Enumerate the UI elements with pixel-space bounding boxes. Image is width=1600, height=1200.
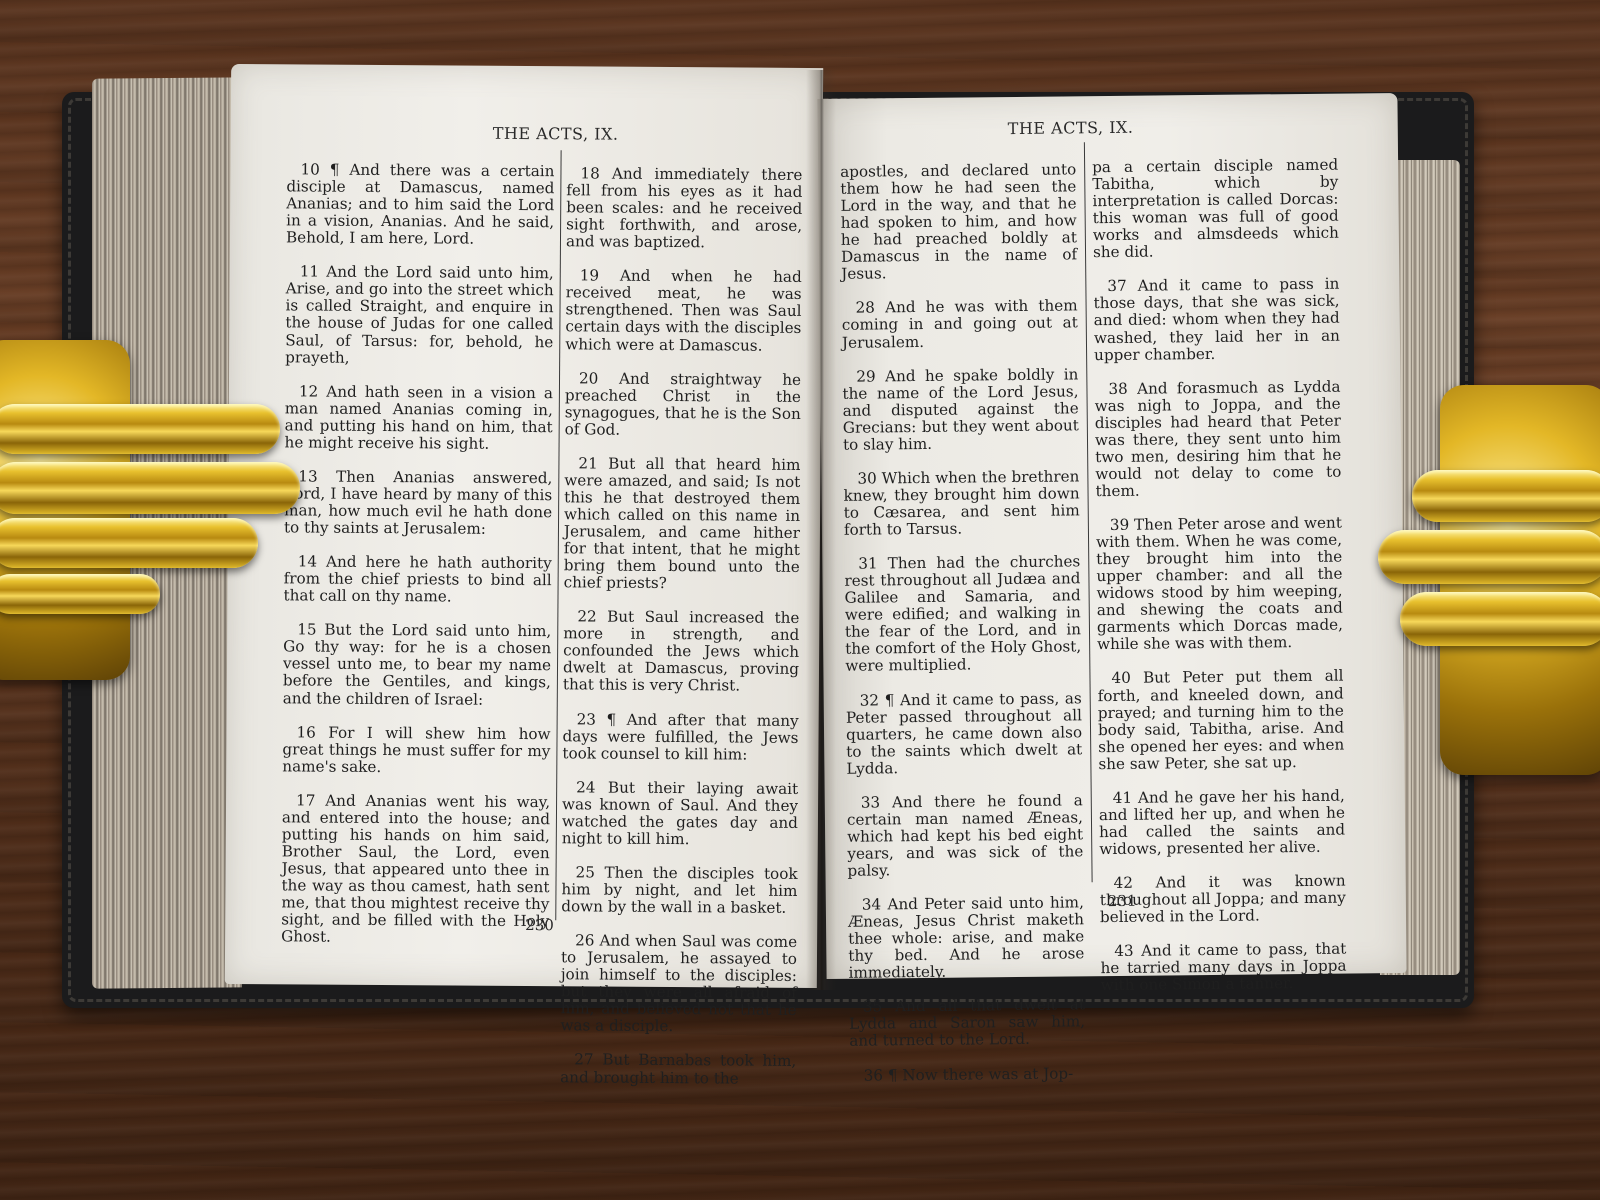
gold-stand-right-finger <box>1378 530 1600 584</box>
page-number-left: 230 <box>525 916 554 934</box>
gold-stand-left-finger <box>0 404 280 454</box>
verse: 24 But their laying await was known of S… <box>562 779 798 849</box>
verse: 30 Which when the brethren knew, they br… <box>843 468 1080 539</box>
gold-stand-right-finger <box>1400 592 1600 646</box>
verse: 17 And Ananias went his way, and entered… <box>281 792 550 947</box>
verse: 22 But Saul increased the more in streng… <box>563 609 800 696</box>
verse: 13 Then Ananias answered, Lord, I have h… <box>284 468 552 538</box>
right-page: THE ACTS, IX. apostles, and declared unt… <box>817 93 1406 979</box>
verse: 11 And the Lord said unto him, Arise, an… <box>285 264 554 368</box>
gold-stand-left-finger <box>0 462 300 514</box>
verse: 19 And when he had received meat, he was… <box>565 268 802 355</box>
verse: 23 ¶ And after that many days were fulfi… <box>562 711 798 764</box>
verse: 29 And he spake boldly in the name of th… <box>842 366 1079 454</box>
verse: 42 And it was known throughout all Joppa… <box>1100 873 1347 927</box>
verse: 28 And he was with them coming in and go… <box>842 298 1079 352</box>
verse: 32 ¶ And it came to pass, as Peter passe… <box>846 690 1083 778</box>
verse: 16 For I will shew him how great things … <box>282 724 550 777</box>
verse: 39 Then Peter arose and went with them. … <box>1096 515 1343 654</box>
gold-stand-left-finger <box>0 518 258 568</box>
verse: pa a certain disciple named Tabitha, whi… <box>1092 157 1339 262</box>
verse: 10 ¶ And there was a certain disciple at… <box>286 161 555 248</box>
verse: 41 And he gave her his hand, and lifted … <box>1099 787 1346 858</box>
page-number-right: 231 <box>1108 892 1137 910</box>
book-gutter-shadow <box>806 70 836 990</box>
verse: 20 And straightway he preached Christ in… <box>565 370 801 440</box>
right-page-column-1: apostles, and declared unto them how he … <box>840 144 1086 1101</box>
verse: 38 And forasmuch as Lydda was nigh to Jo… <box>1094 378 1341 500</box>
gold-stand-right-finger <box>1412 470 1600 522</box>
verse: 34 And Peter said unto him, Æneas, Jesus… <box>848 894 1085 982</box>
column-rule <box>1084 142 1093 882</box>
verse: 12 And hath seen in a vision a man named… <box>285 383 553 453</box>
verse: apostles, and declared unto them how he … <box>840 161 1077 283</box>
verse: 40 But Peter put them all forth, and kne… <box>1097 668 1344 773</box>
column-rule <box>555 150 561 920</box>
verse: 21 But all that heard him were amazed, a… <box>564 455 801 593</box>
verse: 26 And when Saul was come to Jerusalem, … <box>560 932 797 1036</box>
left-page: THE ACTS, IX. 10 ¶ And there was a certa… <box>225 64 823 988</box>
verse: 31 Then had the churches rest throughout… <box>844 553 1081 675</box>
verse: 27 But Barnabas took him, and brought hi… <box>560 1052 796 1088</box>
verse: 18 And immediately there fell from his e… <box>566 165 803 252</box>
verse: 25 Then the disciples took him by night,… <box>561 864 797 917</box>
verse: 36 ¶ Now there was at Jop- <box>850 1065 1086 1085</box>
running-head-left: THE ACTS, IX. <box>493 124 619 144</box>
verse: 14 And here he hath authority from the c… <box>283 553 551 606</box>
verse: 33 And there he found a certain man name… <box>847 792 1084 880</box>
verse: 37 And it came to pass in those days, th… <box>1093 276 1340 364</box>
running-head-right: THE ACTS, IX. <box>1008 118 1134 138</box>
left-page-column-2: 18 And immediately there fell from his e… <box>560 148 803 1104</box>
right-page-column-2: pa a certain disciple named Tabitha, whi… <box>1092 140 1347 1012</box>
left-page-column-1: 10 ¶ And there was a certain disciple at… <box>281 144 555 964</box>
verse: 35 And all that dwelt at Lydda and Saron… <box>849 997 1086 1051</box>
verse: 43 And it came to pass, that he tarried … <box>1100 941 1347 995</box>
gold-stand-left-finger <box>0 574 160 614</box>
verse: 15 But the Lord said unto him, Go thy wa… <box>283 622 552 709</box>
